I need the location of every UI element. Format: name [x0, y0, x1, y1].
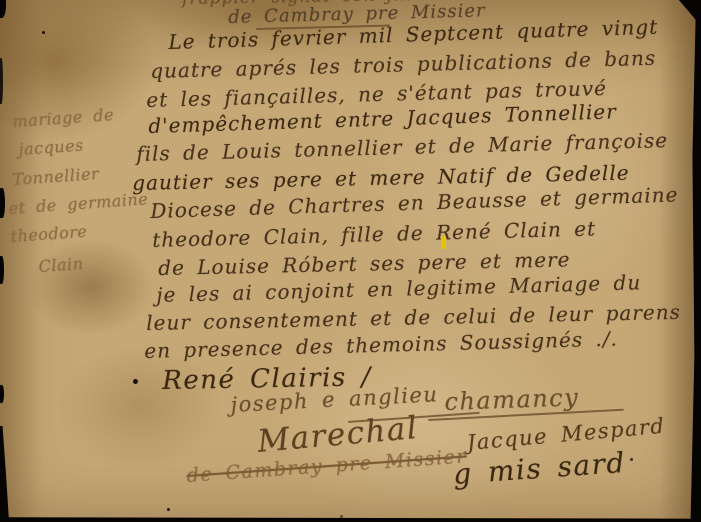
margin-note-line: mariage de	[12, 105, 115, 131]
scan-edge-left-top	[0, 0, 6, 18]
margin-note-line: theodore	[10, 222, 88, 246]
body-line: theodore Clain, fille de René Clain et	[152, 216, 596, 252]
scan-edge-left-top	[0, 58, 3, 104]
scan-edge-bottom	[0, 516, 701, 522]
scan-edge-left-notch	[0, 188, 5, 218]
signature-jacque-mespard: Jacque Mespard	[466, 414, 666, 455]
scan-edge-left-notch	[0, 385, 4, 403]
scan-edge-left-bottom	[0, 426, 9, 522]
margin-note-line: et de germaine	[8, 189, 149, 218]
margin-note-line: Tonnellier	[12, 164, 100, 189]
scan-edge-left-notch	[0, 256, 4, 284]
margin-note-line: Clain	[38, 254, 84, 276]
manuscript-scan: frappier signat con j... de Cambray pre …	[0, 0, 701, 522]
margin-note-line: jacques	[18, 135, 84, 159]
scan-edge-right	[690, 0, 701, 522]
yellow-caret-artifact	[441, 236, 446, 249]
ink-speck	[42, 31, 45, 34]
